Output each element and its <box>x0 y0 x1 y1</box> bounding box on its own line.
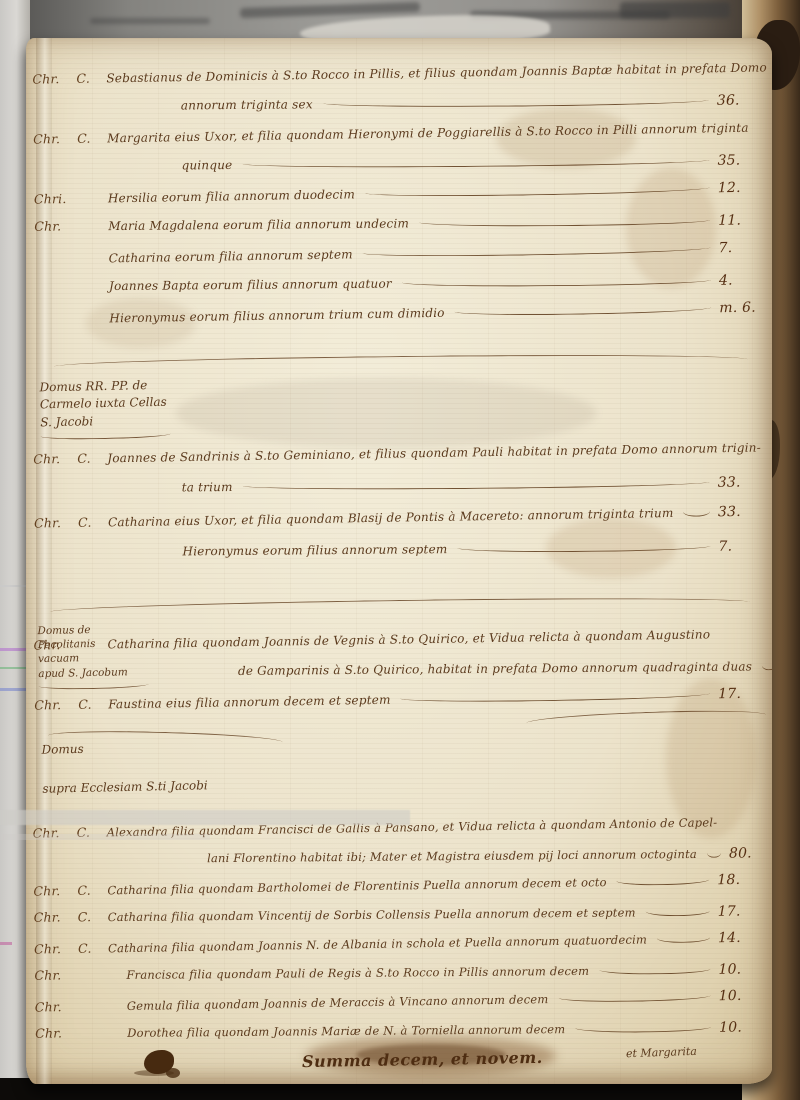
scan-streak <box>0 810 410 825</box>
house-heading-line: supra Ecclesiam S.ti Jacobi <box>42 778 208 799</box>
age-value: 7. <box>718 239 764 256</box>
entry-text: Sebastianus de Dominicis à S.to Rocco in… <box>106 60 767 85</box>
chrismation-mark: Chr. <box>34 967 78 982</box>
section-divider <box>54 352 748 369</box>
ruled-line <box>363 242 711 258</box>
entry-text: Maria Magdalena eorum filia annorum unde… <box>108 216 409 233</box>
communion-mark: C. <box>78 696 108 711</box>
chrismation-mark <box>35 323 79 324</box>
ruled-line <box>419 215 710 228</box>
communion-mark: C. <box>77 130 107 145</box>
entry-text: Catharina filia quondam Joannis de Vegni… <box>107 626 763 651</box>
communion-mark: C. <box>78 940 108 955</box>
ruled-line <box>402 275 711 288</box>
manuscript-page: Chr. C. Sebastianus de Dominicis à S.to … <box>26 38 772 1084</box>
entry-text: Hersilia eorum filia annorum duodecim <box>108 187 355 205</box>
chrismation-mark: Chr. <box>34 218 78 233</box>
show-through <box>176 378 596 448</box>
age-value: m. 6. <box>719 299 765 316</box>
census-row: Hieronymus eorum filius annorum septem 7… <box>34 538 764 576</box>
entry-text: ta trium <box>182 480 233 494</box>
chrismation-mark <box>35 263 79 264</box>
entry-text: quinque <box>181 158 232 172</box>
communion-mark: C. <box>78 909 108 924</box>
household-block-2: Chr. C. Joannes de Sandrinis à S.to Gemi… <box>33 441 765 578</box>
entry-text: Catharina filia quondam Vincentij de Sor… <box>108 905 636 924</box>
house-heading-line: S. Jacobi <box>40 411 170 431</box>
ruled-line <box>243 477 710 491</box>
communion-mark: C. <box>77 450 107 465</box>
ghost-writing <box>240 2 420 18</box>
communion-mark: C. <box>77 882 107 897</box>
age-value: 17. <box>718 685 764 702</box>
age-value: 80. <box>729 845 772 861</box>
ruled-line <box>400 688 710 703</box>
heading-flourish <box>41 431 171 441</box>
entry-text: Joannes Bapta eorum filius annorum quatu… <box>109 277 392 293</box>
entry-text: Hieronymus eorum filius annorum septem <box>182 542 447 558</box>
summa-total: Summa decem, et novem. <box>302 1048 543 1071</box>
chrismation-mark: Chr. <box>35 1025 79 1040</box>
entry-text: Dorothea filia quondam Joannis Mariæ de … <box>127 1022 565 1040</box>
ruled-line <box>558 990 711 1003</box>
ruled-line <box>455 302 712 316</box>
age-value: 10. <box>718 961 764 977</box>
age-value: 33. <box>718 503 764 520</box>
age-value: 12. <box>718 179 764 196</box>
chrismation-mark: Chr. <box>34 941 78 957</box>
age-value: 4. <box>719 272 765 288</box>
entry-text: Hieronymus eorum filius annorum trium cu… <box>109 306 445 326</box>
household-block-4: Chr. C. Alexandra filia quondam Francisc… <box>33 815 766 1056</box>
ruled-line <box>323 95 709 108</box>
communion-mark: C. <box>78 514 108 529</box>
age-value: 14. <box>718 929 764 946</box>
age-value: 17. <box>718 903 764 919</box>
ruled-line <box>657 932 710 943</box>
age-value: 33. <box>718 474 764 490</box>
chrismation-mark: Chri. <box>34 191 78 207</box>
ghost-writing <box>620 2 730 18</box>
household-block-1: Chr. C. Sebastianus de Dominicis à S.to … <box>32 61 765 340</box>
scan-streak <box>0 834 210 840</box>
house-heading-line: Carmelo iuxta Cellas <box>40 394 170 414</box>
house-heading: Domus RR. PP. de Carmelo iuxta Cellas S.… <box>39 377 170 441</box>
ruled-line <box>575 1022 711 1033</box>
age-value: 7. <box>718 538 764 554</box>
chrismation-mark: Chr. <box>33 883 77 899</box>
chrismation-mark: Chr. <box>35 999 79 1015</box>
age-value: 18. <box>717 871 763 888</box>
age-value: 10. <box>719 987 765 1004</box>
entry-text: annorum triginta sex <box>181 97 313 112</box>
chrismation-mark: Chr. <box>33 637 77 653</box>
communion-mark: C. <box>76 70 106 85</box>
house-heading: Domus supra Ecclesiam S.ti Jacobi <box>41 738 207 798</box>
ruled-line <box>646 906 710 917</box>
chrismation-mark: Chr. <box>34 697 78 713</box>
ruled-line <box>599 964 710 975</box>
chrismation-mark: Chr. <box>32 71 76 87</box>
age-value: 36. <box>717 92 763 108</box>
ruled-line <box>762 660 772 670</box>
entry-text: Catharina eorum filia annorum septem <box>109 247 353 265</box>
ruled-line <box>457 541 710 553</box>
manuscript-scan: Chr. C. Sebastianus de Dominicis à S.to … <box>0 0 800 1100</box>
entry-text: Joannes de Sandrinis à S.to Geminiano, e… <box>107 440 763 465</box>
chrismation-mark: Chr. <box>33 131 77 147</box>
chrismation-mark: Chr. <box>34 909 78 924</box>
entry-text: Francisca filia quondam Pauli de Regis à… <box>126 964 589 982</box>
age-value: 11. <box>718 212 764 228</box>
house-heading-line: Domus <box>41 738 207 759</box>
entry-text: Faustina eius filia annorum decem et sep… <box>108 693 391 712</box>
chrismation-mark: Chr. <box>33 451 77 467</box>
age-value: 35. <box>717 152 763 168</box>
age-value: 10. <box>719 1019 765 1035</box>
ruled-line <box>242 155 709 169</box>
ruled-line <box>365 182 710 198</box>
ruled-line <box>683 506 710 516</box>
entry-text: de Gamparinis à S.to Quirico, habitat in… <box>238 659 752 677</box>
scan-artifact-line <box>0 942 12 945</box>
ink-blot <box>134 1070 174 1076</box>
ruled-line <box>707 848 721 858</box>
ghost-writing <box>90 18 210 24</box>
margin-note: et Margarita <box>626 1045 697 1060</box>
chrismation-mark: Chr. <box>34 515 78 531</box>
section-divider <box>50 595 750 615</box>
ruled-line <box>617 874 710 886</box>
entry-text: lani Florentino habitat ibi; Mater et Ma… <box>207 847 697 865</box>
